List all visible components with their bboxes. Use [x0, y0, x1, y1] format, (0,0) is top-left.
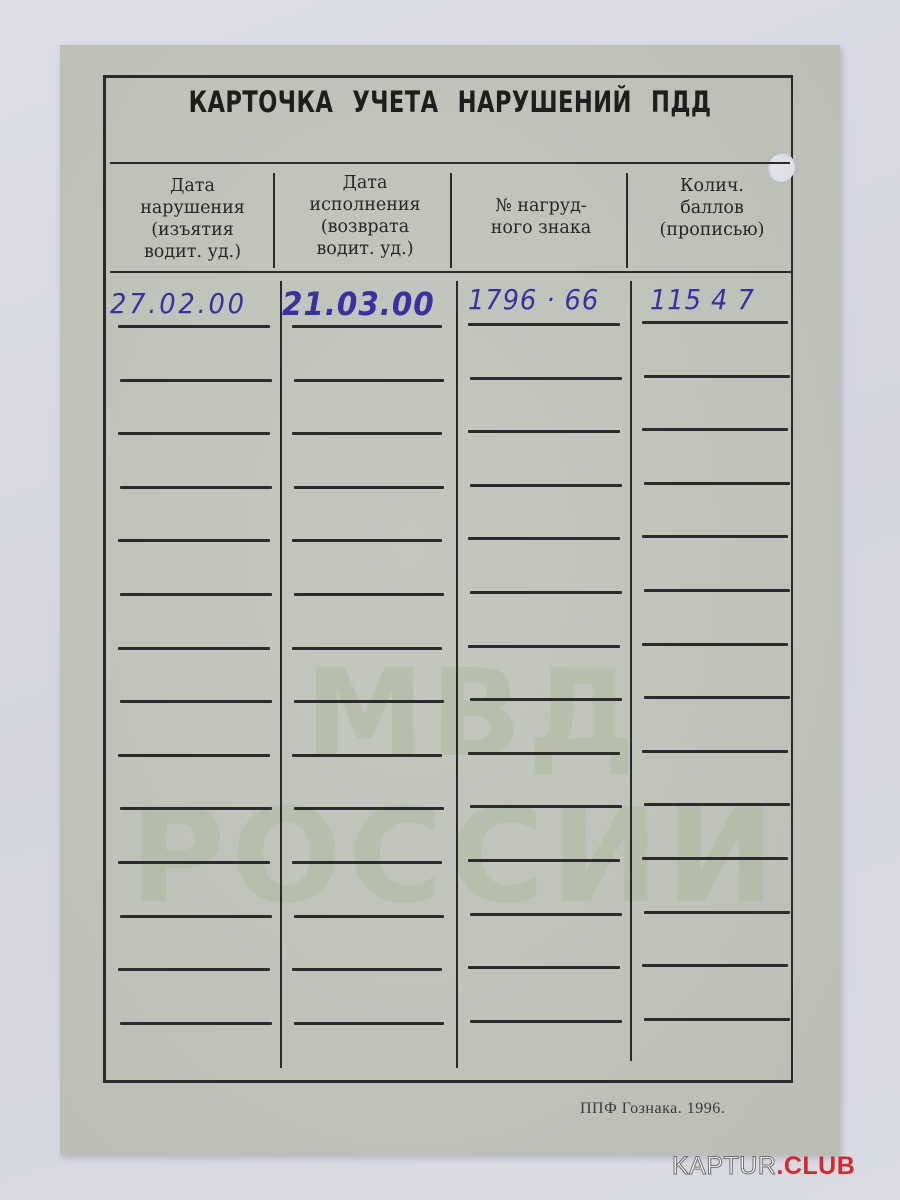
entry-line: [470, 484, 622, 487]
entry-line: [470, 805, 622, 808]
header-top-line: [110, 162, 790, 164]
row-1-execution-date: 21.03.00: [282, 285, 435, 323]
entry-line: [470, 591, 622, 594]
column-divider-3-body: [630, 281, 632, 1061]
site-watermark-name: KAPTUR: [672, 1152, 776, 1180]
entry-line: [470, 377, 622, 380]
entry-line: [294, 700, 444, 703]
row-1-badge-number: 1796 · 66: [468, 283, 599, 316]
column-header-badge-number: № нагруд- ного знака: [458, 195, 624, 239]
entry-line: [120, 700, 272, 703]
entry-line: [294, 1022, 444, 1025]
entry-line: [118, 539, 270, 542]
entry-line: [468, 430, 620, 433]
entry-line: [294, 915, 444, 918]
entry-line: [292, 325, 442, 328]
entry-line: [642, 857, 788, 860]
entry-line: [120, 486, 272, 489]
column-divider-1-body: [280, 281, 282, 1068]
entry-line: [642, 535, 788, 538]
entry-line: [118, 432, 270, 435]
entry-line: [120, 915, 272, 918]
entry-line: [292, 432, 442, 435]
entry-line: [118, 325, 270, 328]
entry-line: [644, 911, 790, 914]
entry-line: [642, 750, 788, 753]
entry-line: [642, 643, 788, 646]
entry-line: [118, 647, 270, 650]
entry-line: [292, 968, 442, 971]
column-divider-2: [450, 173, 452, 268]
entry-line: [644, 482, 790, 485]
row-1-violation-date: 27.02.00: [110, 287, 247, 320]
entry-line: [644, 1018, 790, 1021]
entry-line: [644, 803, 790, 806]
card-title: КАРТОЧКА УЧЕТА НАРУШЕНИЙ ПДД: [146, 85, 754, 119]
column-header-violation-date: Дата нарушения (изъятия водит. уд.): [110, 175, 275, 263]
entry-line: [470, 1020, 622, 1023]
entry-line: [470, 698, 622, 701]
header-bottom-line: [110, 271, 792, 273]
entry-line: [468, 752, 620, 755]
printer-imprint: ППФ Гознака. 1996.: [580, 1100, 725, 1118]
entry-line: [470, 913, 622, 916]
entry-line: [292, 539, 442, 542]
entry-line: [468, 537, 620, 540]
entry-line: [292, 861, 442, 864]
column-header-execution-date: Дата исполнения (возврата водит. уд.): [282, 172, 448, 260]
entry-line: [294, 486, 444, 489]
row-1-points: 115 4 7: [650, 283, 755, 316]
column-divider-2-body: [456, 281, 458, 1068]
entry-line: [642, 964, 788, 967]
entry-line: [120, 593, 272, 596]
entry-line: [642, 321, 788, 324]
entry-line: [294, 807, 444, 810]
entry-line: [468, 966, 620, 969]
entry-line: [644, 696, 790, 699]
violation-record-card: МВД РОССИИ КАРТОЧКА УЧЕТА НАРУШЕНИЙ ПДД …: [60, 45, 840, 1155]
column-header-points: Колич. баллов (прописью): [632, 175, 792, 241]
column-divider-3: [626, 173, 628, 268]
entry-line: [120, 1022, 272, 1025]
entry-line: [468, 859, 620, 862]
entry-line: [644, 589, 790, 592]
entry-line: [292, 647, 442, 650]
entry-line: [294, 593, 444, 596]
entry-line: [642, 428, 788, 431]
entry-line: [120, 807, 272, 810]
entry-line: [118, 968, 270, 971]
entry-line: [120, 379, 272, 382]
entry-line: [468, 323, 620, 326]
site-watermark: KAPTUR.CLUB: [672, 1152, 855, 1181]
entry-line: [644, 375, 790, 378]
entry-line: [468, 645, 620, 648]
entry-line: [118, 754, 270, 757]
entry-line: [118, 861, 270, 864]
entry-line: [292, 754, 442, 757]
site-watermark-tld: .CLUB: [776, 1152, 855, 1180]
entry-line: [294, 379, 444, 382]
